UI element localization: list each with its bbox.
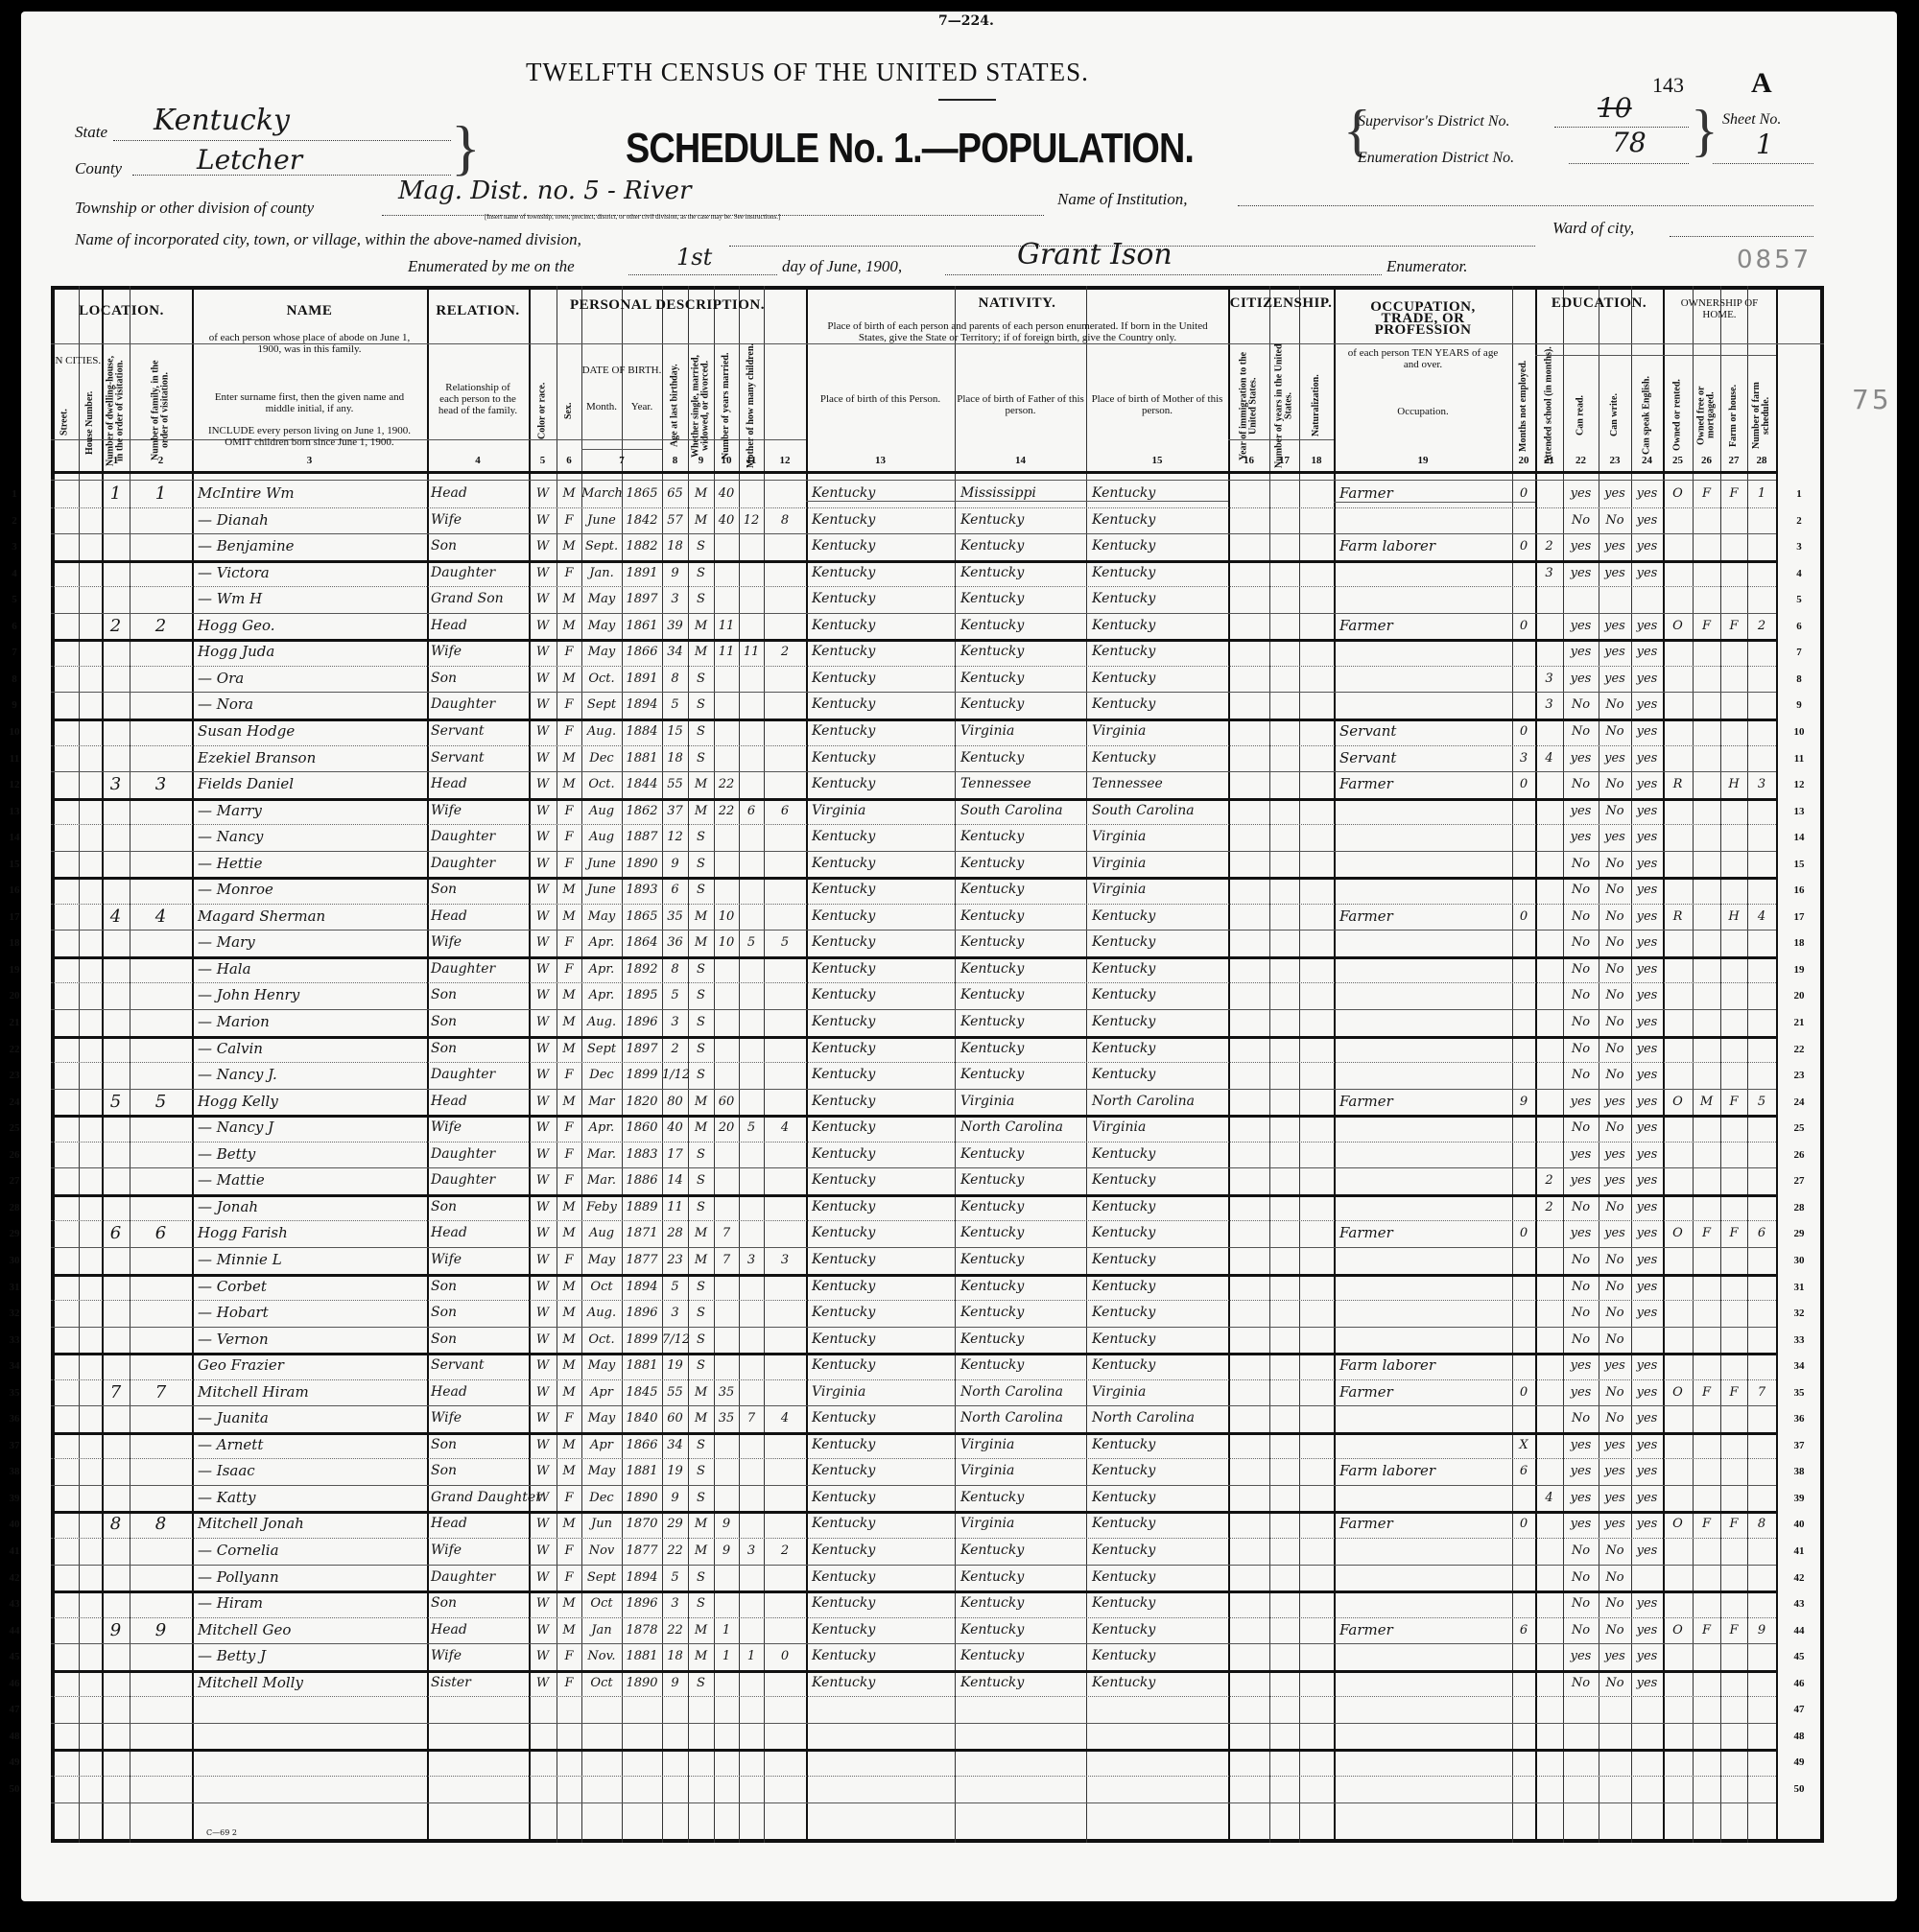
cell-color: W [529,1142,557,1167]
line-number: 31 [1789,1282,1809,1293]
cell-birth-person: Kentucky [812,1511,960,1537]
cell-free [1693,982,1720,1008]
cell-owned [1663,1009,1693,1035]
line-number-left: 44 [5,1625,24,1637]
cell-read [1563,1749,1599,1775]
cell-year [622,1776,662,1802]
cell-relation: Wife [427,798,533,824]
cell-owned [1663,745,1693,771]
cell-occupation [1339,1670,1518,1696]
cell-living: 2 [764,1538,806,1564]
city-label: Name of incorporated city, town, or vill… [75,230,581,249]
cell-marital [688,1723,714,1749]
cell-year: 1871 [622,1220,662,1246]
cell-farm [1720,1643,1747,1669]
header-date-of-birth: DATE OF BIRTH. [581,365,662,391]
cell-color: W [529,1617,557,1643]
cell-year: 1892 [622,956,662,982]
cell-color: W [529,1115,557,1141]
cell-owned [1663,507,1693,533]
cell-read: yes [1563,639,1599,665]
cell-year: 1896 [622,1590,662,1616]
cell-years-married [714,956,739,982]
cell-mother-of [739,692,764,718]
line-number: 47 [1789,1704,1809,1715]
cell-english: yes [1631,1247,1663,1273]
cell-mother-of [739,1300,764,1326]
cell-color [529,1749,557,1775]
cell-schedule [1747,692,1776,718]
cell-month: Sept [581,1565,622,1590]
cell-write: yes [1599,1511,1631,1537]
cell-age [662,1776,688,1802]
cell-sex [557,1696,581,1722]
cell-read: yes [1563,798,1599,824]
cell-color: W [529,1405,557,1431]
cell-relation: Wife [427,1115,533,1141]
cell-school [1535,1723,1563,1749]
cell-birth-person: Kentucky [812,1062,960,1088]
cell-marital: S [688,533,714,559]
line-number: 44 [1789,1625,1809,1637]
cell-read [1563,586,1599,612]
cell-mother-of: 7 [739,1405,764,1431]
cell-birth-mother: Virginia [1092,1379,1234,1405]
cell-marital: S [688,560,714,586]
cell-occupation [1339,1643,1518,1669]
cell-school [1535,1458,1563,1484]
cell-years-married: 60 [714,1089,739,1115]
cell-marital: M [688,1379,714,1405]
cell-family [130,1776,192,1802]
cell-marital: S [688,956,714,982]
cell-read: No [1563,930,1599,955]
cell-read: No [1563,1538,1599,1564]
cell-read: yes [1563,666,1599,692]
cell-family [130,956,192,982]
cell-farm [1720,1405,1747,1431]
column-number: 21 [1535,455,1563,466]
cell-farm: F [1720,1089,1747,1115]
cell-family [130,1327,192,1353]
cell-write: No [1599,1062,1631,1088]
cell-schedule [1747,1749,1776,1775]
cell-marital [688,1776,714,1802]
cell-unemployed [1512,1300,1535,1326]
cell-relation: Head [427,771,533,797]
cell-age: 80 [662,1089,688,1115]
cell-month: Jan. [581,560,622,586]
cell-birth-person: Kentucky [812,824,960,850]
cell-age: 3 [662,1590,688,1616]
cell-birth-person: Kentucky [812,904,960,930]
cell-owned [1663,560,1693,586]
cell-family [130,745,192,771]
cell-farm [1720,877,1747,903]
cell-farm [1720,1723,1747,1749]
cell-english [1631,1327,1663,1353]
cell-name: Hogg Farish [198,1220,427,1246]
cell-free: M [1693,1089,1720,1115]
cell-years-married [714,666,739,692]
cell-farm [1720,1749,1747,1775]
cell-farm [1720,1538,1747,1564]
line-number-left: 2 [5,515,24,527]
cell-month: Sept [581,1036,622,1062]
cell-birth-father: Virginia [960,1511,1092,1537]
cell-english: yes [1631,481,1663,507]
cell-color: W [529,1089,557,1115]
cell-name: — Minnie L [198,1247,427,1273]
cell-read: yes [1563,1643,1599,1669]
cell-relation: Head [427,1089,533,1115]
cell-free [1693,692,1720,718]
cell-sex: M [557,1511,581,1537]
cell-english: yes [1631,956,1663,982]
cell-farm [1720,1458,1747,1484]
cell-marital: S [688,824,714,850]
cell-schedule [1747,1723,1776,1749]
cell-school: 2 [1535,533,1563,559]
cell-living: 4 [764,1115,806,1141]
cell-owned [1663,1353,1693,1378]
header-nativity-desc: Place of birth of each person and parent… [818,320,1217,345]
cell-school [1535,1247,1563,1273]
cell-birth-person [812,1696,960,1722]
cell-color: W [529,1458,557,1484]
cell-occupation [1339,1009,1518,1035]
cell-birth-person: Kentucky [812,1327,960,1353]
cell-school [1535,481,1563,507]
cell-mother-of [739,719,764,744]
cell-family [130,1590,192,1616]
cell-mother-of [739,1565,764,1590]
line-number-left: 41 [5,1545,24,1557]
cell-marital: M [688,1617,714,1643]
cell-years-married: 1 [714,1617,739,1643]
cell-living [764,1617,806,1643]
cell-years-married: 20 [714,1115,739,1141]
cell-years-married [714,719,739,744]
cell-marital: S [688,1167,714,1193]
cell-dwelling [102,1458,130,1484]
cell-family [130,1194,192,1220]
cell-dwelling [102,692,130,718]
cell-english: yes [1631,639,1663,665]
cell-family: 8 [130,1511,192,1537]
cell-school [1535,877,1563,903]
cell-schedule [1747,1565,1776,1590]
cell-color: W [529,1511,557,1537]
ward-field[interactable] [1670,221,1813,237]
cell-color [529,1696,557,1722]
cell-name: — John Henry [198,982,427,1008]
cell-schedule [1747,1327,1776,1353]
cell-color: W [529,613,557,639]
cell-family [130,507,192,533]
cell-family [130,692,192,718]
cell-marital: M [688,930,714,955]
cell-dwelling [102,533,130,559]
cell-write: No [1599,1115,1631,1141]
cell-name: Mitchell Hiram [198,1379,427,1405]
cell-schedule [1747,1194,1776,1220]
cell-mother-of [739,904,764,930]
cell-birth-father: North Carolina [960,1115,1092,1141]
cell-age: 9 [662,851,688,877]
cell-occupation [1339,1565,1518,1590]
cell-year: 1894 [622,1565,662,1590]
cell-occupation: Servant [1339,719,1518,744]
cell-farm [1720,533,1747,559]
cell-sex: F [557,639,581,665]
cell-birth-father [960,1776,1092,1802]
cell-name: — Wm H [198,586,427,612]
cell-color: W [529,1194,557,1220]
cell-name: — Nancy [198,824,427,850]
cell-school [1535,1327,1563,1353]
cell-years-married [714,1300,739,1326]
cell-color: W [529,930,557,955]
cell-age: 39 [662,613,688,639]
cell-read: yes [1563,1432,1599,1458]
print-code: C—69 2 [206,1828,237,1837]
cell-living [764,1327,806,1353]
cell-english: yes [1631,982,1663,1008]
cell-owned [1663,1696,1693,1722]
cell-color: W [529,1167,557,1193]
cell-mother-of [739,586,764,612]
cell-name: Susan Hodge [198,719,427,744]
township-hint: [Insert name of township, town, precinct… [485,213,780,221]
cell-write: yes [1599,745,1631,771]
cell-years-married [714,1458,739,1484]
cell-free [1693,1167,1720,1193]
cell-mother-of: 5 [739,1115,764,1141]
header-birth-person: Place of birth of this Person. [806,393,955,420]
cell-sex: M [557,771,581,797]
cell-years-married: 7 [714,1220,739,1246]
cell-farm [1720,1590,1747,1616]
cell-sex: M [557,1220,581,1246]
cell-relation: Sister [427,1670,533,1696]
cell-relation: Head [427,613,533,639]
cell-farm [1720,798,1747,824]
cell-birth-mother: Virginia [1092,824,1234,850]
cell-family [130,1247,192,1273]
cell-birth-father: Kentucky [960,560,1092,586]
cell-living [764,560,806,586]
cell-school [1535,586,1563,612]
cell-year: 1844 [622,771,662,797]
institution-field[interactable] [1238,190,1813,206]
cell-free [1693,507,1720,533]
cell-years-married [714,851,739,877]
cell-month: Aug. [581,1300,622,1326]
cell-read: yes [1563,1220,1599,1246]
cell-unemployed: 0 [1512,719,1535,744]
cell-dwelling [102,824,130,850]
cell-free [1693,1590,1720,1616]
cell-read: yes [1563,613,1599,639]
cell-school [1535,930,1563,955]
cell-sex: F [557,1247,581,1273]
cell-birth-father: Kentucky [960,666,1092,692]
cell-family [130,666,192,692]
cell-write: No [1599,798,1631,824]
cell-read: No [1563,1670,1599,1696]
cell-relation: Head [427,1511,533,1537]
cell-sex: M [557,1353,581,1378]
cell-unemployed [1512,1538,1535,1564]
cell-mother-of [739,851,764,877]
cell-mother-of [739,824,764,850]
cell-unemployed [1512,1009,1535,1035]
cell-sex: M [557,1379,581,1405]
column-number: 17 [1269,455,1299,466]
cell-birth-person: Kentucky [812,1194,960,1220]
line-number-left: 3 [5,541,24,553]
cell-month: March [581,481,622,507]
cell-dwelling: 9 [102,1617,130,1643]
cell-birth-mother: Kentucky [1092,613,1234,639]
cell-mother-of [739,1696,764,1722]
cell-year: 1890 [622,851,662,877]
cell-month [581,1696,622,1722]
cell-farm: F [1720,1511,1747,1537]
cell-write: yes [1599,824,1631,850]
ed-label: Enumeration District No. [1358,150,1514,167]
cell-school [1535,1590,1563,1616]
line-number: 8 [1789,673,1809,685]
cell-mother-of: 3 [739,1247,764,1273]
cell-schedule [1747,1696,1776,1722]
cell-free [1693,1696,1720,1722]
cell-birth-person: Kentucky [812,956,960,982]
line-number-left: 16 [5,884,24,896]
cell-free [1693,1036,1720,1062]
line-number-left: 5 [5,594,24,605]
cell-free [1693,1353,1720,1378]
line-number: 28 [1789,1202,1809,1213]
row-divider [581,449,662,450]
cell-unemployed [1512,1405,1535,1431]
cell-unemployed [1512,586,1535,612]
cell-birth-person: Kentucky [812,1617,960,1643]
cell-english: yes [1631,1405,1663,1431]
cell-age: 57 [662,507,688,533]
cell-age: 65 [662,481,688,507]
cell-birth-father: Kentucky [960,1643,1092,1669]
cell-write: yes [1599,533,1631,559]
cell-month: Apr [581,1379,622,1405]
cell-family [130,1432,192,1458]
cell-write: yes [1599,639,1631,665]
cell-farm [1720,1062,1747,1088]
cell-dwelling: 5 [102,1089,130,1115]
cell-age [662,1696,688,1722]
cell-living [764,1009,806,1035]
cell-month: Apr. [581,1115,622,1141]
cell-birth-mother: Kentucky [1092,745,1234,771]
cell-mother-of [739,560,764,586]
line-number-left: 27 [5,1175,24,1187]
cell-free [1693,1194,1720,1220]
header-years-married: Number of years married. [714,343,739,468]
cell-unemployed: 6 [1512,1617,1535,1643]
cell-relation: Daughter [427,851,533,877]
cell-mother-of: 1 [739,1643,764,1669]
cell-farm: H [1720,771,1747,797]
cell-dwelling [102,1194,130,1220]
cell-schedule [1747,507,1776,533]
cell-marital [688,1696,714,1722]
cell-birth-mother: Kentucky [1092,560,1234,586]
cell-farm [1720,1485,1747,1511]
cell-years-married [714,692,739,718]
cell-living [764,851,806,877]
column-number: 6 [557,455,581,466]
cell-sex: M [557,1194,581,1220]
cell-age: 14 [662,1167,688,1193]
cell-marital: S [688,1300,714,1326]
cell-sex: M [557,904,581,930]
cell-birth-person: Kentucky [812,771,960,797]
cell-unemployed [1512,798,1535,824]
column-number: 22 [1563,455,1599,466]
cell-marital: M [688,507,714,533]
cell-school [1535,1670,1563,1696]
header-mother-of: Mother of how many children. [739,343,764,468]
header-family: Number of family, in the order of visita… [130,353,192,468]
cell-marital [688,1749,714,1775]
column-number: 15 [1086,455,1228,466]
cell-sex: F [557,692,581,718]
cell-age: 5 [662,982,688,1008]
cell-dwelling [102,1485,130,1511]
cell-owned [1663,1590,1693,1616]
cell-free [1693,824,1720,850]
cell-unemployed [1512,1590,1535,1616]
cell-marital: S [688,1485,714,1511]
cell-english: yes [1631,1089,1663,1115]
cell-english: yes [1631,1458,1663,1484]
cell-write: yes [1599,560,1631,586]
cell-free [1693,851,1720,877]
cell-schedule [1747,719,1776,744]
cell-read: No [1563,1405,1599,1431]
cell-year: 1896 [622,1009,662,1035]
cell-school [1535,824,1563,850]
cell-birth-mother: Kentucky [1092,1511,1234,1537]
cell-years-married: 40 [714,507,739,533]
cell-schedule [1747,930,1776,955]
cell-month: Feby [581,1194,622,1220]
column-number: 19 [1334,455,1512,466]
column-number: 9 [688,455,714,466]
cell-birth-father: Virginia [960,1458,1092,1484]
column-number: 14 [955,455,1086,466]
cell-name: Hogg Geo. [198,613,427,639]
cell-marital: M [688,1511,714,1537]
cell-farm [1720,1565,1747,1590]
cell-name: — Hala [198,956,427,982]
cell-marital: S [688,1327,714,1353]
cell-marital: S [688,1142,714,1167]
cell-occupation [1339,930,1518,955]
cell-birth-mother: Kentucky [1092,1167,1234,1193]
cell-living: 6 [764,798,806,824]
